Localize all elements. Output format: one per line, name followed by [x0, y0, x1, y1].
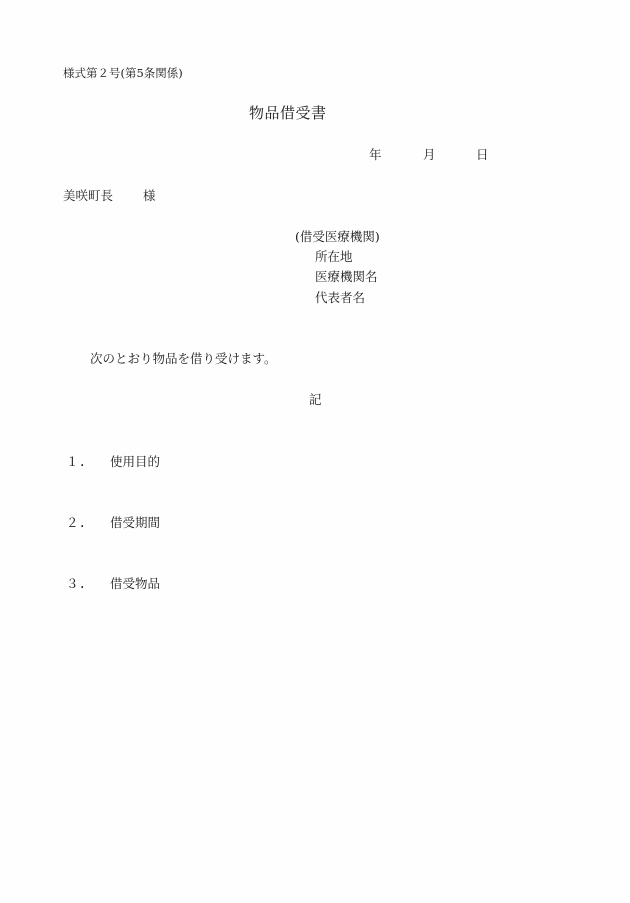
item-number: ３.	[66, 578, 86, 591]
date-month-label: 月	[423, 149, 436, 162]
borrower-field-representative: 代表者名	[315, 292, 365, 305]
borrower-field-address: 所在地	[315, 251, 353, 264]
item-label: 借受物品	[110, 578, 160, 591]
ki-heading: 記	[309, 394, 322, 407]
item-label: 使用目的	[110, 456, 160, 469]
item-label: 借受期間	[110, 517, 160, 530]
borrower-heading: (借受医療機関)	[295, 231, 380, 244]
document-title: 物品借受書	[249, 106, 327, 121]
date-year-label: 年	[369, 149, 382, 162]
item-number: ２.	[66, 517, 86, 530]
addressee-name: 美咲町長	[63, 190, 113, 203]
addressee-honorific: 様	[143, 190, 156, 203]
statement-text: 次のとおり物品を借り受けます。	[90, 353, 277, 366]
item-number: １.	[66, 456, 86, 469]
borrower-field-institution-name: 医療機関名	[315, 271, 378, 284]
date-day-label: 日	[476, 149, 489, 162]
form-number: 様式第２号(第5条関係)	[63, 68, 183, 80]
